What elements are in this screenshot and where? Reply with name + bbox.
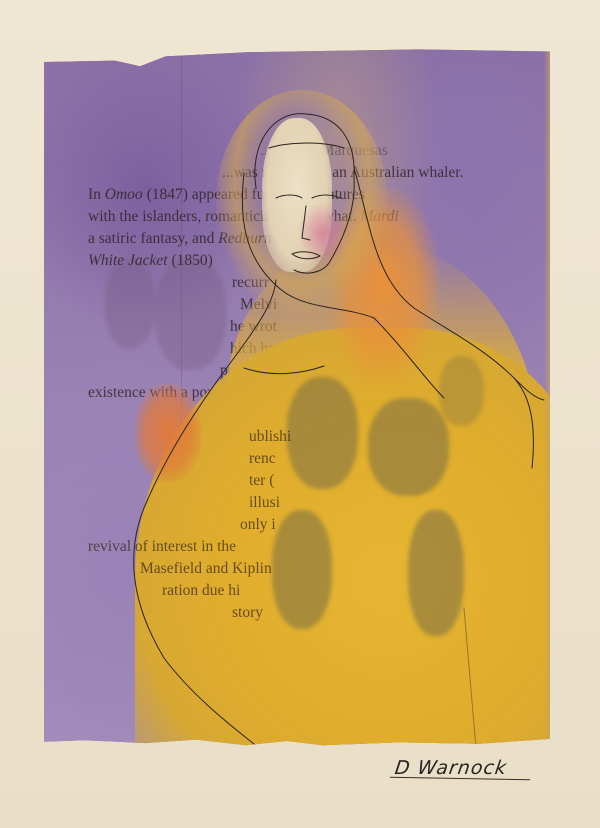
artwork-book-page: ...Isles of Marquesas ...was rescued by … — [44, 48, 550, 748]
page-edge — [544, 48, 550, 748]
ink-sketch — [44, 48, 550, 748]
artist-signature: D Warnock — [393, 757, 508, 779]
